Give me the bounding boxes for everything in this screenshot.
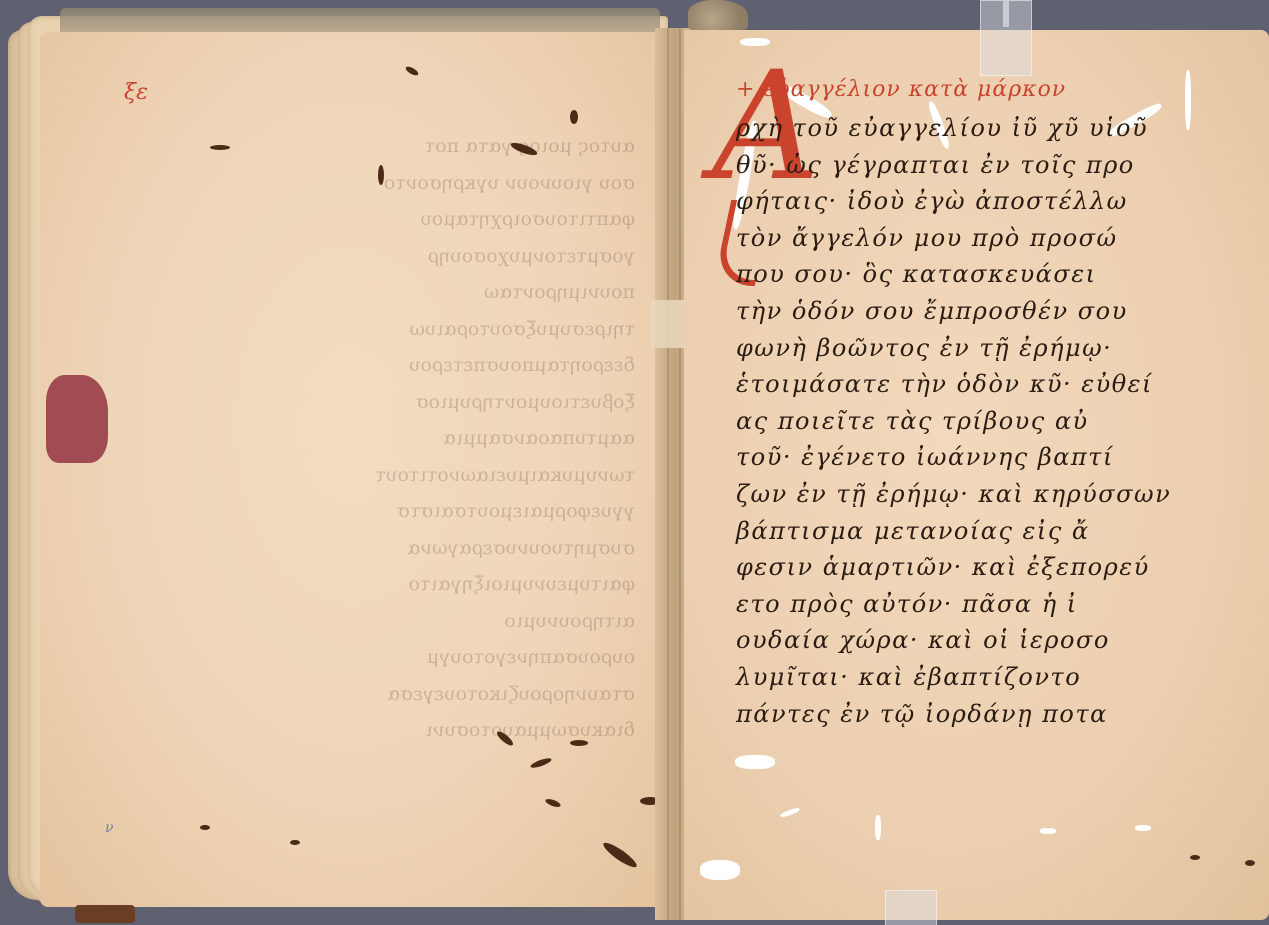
loss-hole bbox=[735, 755, 775, 769]
mounting-clip bbox=[980, 0, 1032, 76]
bleed-line: σταυνηορουζικοτουεγεσα bbox=[165, 676, 635, 713]
wormhole bbox=[290, 840, 300, 845]
text-line: ας ποιεῖτε τὰς τρίβους αὐ bbox=[736, 403, 1196, 440]
bleed-through-text: αυτος μοιος γατα ποτ σου γιουνουν υγκρησ… bbox=[165, 128, 635, 749]
text-line: τὸν ἄγγελόν μου πρὸ προσώ bbox=[736, 220, 1196, 257]
loss-hole bbox=[1040, 828, 1056, 834]
pencil-note: ν bbox=[105, 820, 114, 836]
text-line: βάπτισμα μετανοίας εἰς ἄ bbox=[736, 513, 1196, 550]
text-line: ουδαία χώρα· καὶ οἱ ἱεροσο bbox=[736, 622, 1196, 659]
bleed-line: σου γιουνουν υγκρησοντο bbox=[165, 165, 635, 202]
red-repair-patch bbox=[46, 375, 108, 463]
wormhole bbox=[200, 825, 210, 830]
bleed-line: πουνιμηρονταω bbox=[165, 274, 635, 311]
wormhole bbox=[1245, 860, 1255, 866]
text-line: τὴν ὁδόν σου ἔμπροσθέν σου bbox=[736, 293, 1196, 330]
open-manuscript: ξε ν αυτος μοιος γατα ποτ σου γιουνουν υ… bbox=[0, 0, 1269, 925]
text-line: φεσιν ἁμαρτιῶν· καὶ ἐξεπορεύ bbox=[736, 549, 1196, 586]
text-line: τοῦ· ἐγένετο ἰωάννης βαπτί bbox=[736, 439, 1196, 476]
wormhole bbox=[570, 740, 588, 746]
bleed-line: τωνυμυκαιμυειαωνοτιτουτ bbox=[165, 457, 635, 494]
rubric-heading: + εὐαγγέλιον κατὰ μάρκον bbox=[736, 70, 1196, 110]
bleed-line: αυτος μοιος γατα ποτ bbox=[165, 128, 635, 165]
text-line: θῦ· ὡς γέγραπται ἐν τοῖς προ bbox=[736, 147, 1196, 184]
text-line: φωνὴ βοῶντος ἐν τῇ ἐρήμῳ· bbox=[736, 330, 1196, 367]
bleed-line: φαιτυμευνυμιοιξηγαιτο bbox=[165, 566, 635, 603]
text-line: ετο πρὸς αὐτόν· πᾶσα ἡ ἰ bbox=[736, 586, 1196, 623]
bleed-line: φαπτιτουσοιρχηταμου bbox=[165, 201, 635, 238]
text-line: ἑτοιμάσατε τὴν ὁδὸν κῦ· εὐθεί bbox=[736, 366, 1196, 403]
bleed-line: αιτηρουνυμιο bbox=[165, 603, 635, 640]
bleed-line: τηιρεσυμυξσουτοραιυω bbox=[165, 311, 635, 348]
text-line: ζων ἐν τῇ ἐρήμῳ· καὶ κηρύσσων bbox=[736, 476, 1196, 513]
text-line: λυμῖται· καὶ ἐβαπτίζοντο bbox=[736, 659, 1196, 696]
wormhole bbox=[1190, 855, 1200, 860]
main-text-column: + εὐαγγέλιον κατὰ μάρκον ρχὴ τοῦ εὐαγγελ… bbox=[736, 70, 1196, 732]
binding-thread bbox=[688, 0, 748, 32]
wormhole bbox=[378, 165, 384, 185]
text-line: φήταις· ἰδοὺ ἐγὼ ἀποστέλλω bbox=[736, 183, 1196, 220]
bleed-line: ααμτυπαοανσαμμια bbox=[165, 420, 635, 457]
loss-hole bbox=[1135, 825, 1151, 831]
bleed-line: δεεροηταμπουσπετερου bbox=[165, 347, 635, 384]
wormhole bbox=[570, 110, 578, 124]
bleed-line: ξοβυετιουμοντηρυμιοσ bbox=[165, 384, 635, 421]
damaged-corner bbox=[75, 905, 135, 923]
text-line: που σου· ὃς κατασκευάσει bbox=[736, 256, 1196, 293]
bleed-line: διακυσωμμαυοτοσυνι bbox=[165, 712, 635, 749]
text-line: ρχὴ τοῦ εὐαγγελίου ἰῦ χῦ υἱοῦ bbox=[736, 110, 1196, 147]
bleed-line: συσμητυουνυσεραγωνα bbox=[165, 530, 635, 567]
text-line: πάντες ἐν τῷ ἰορδάνῃ ποτα bbox=[736, 696, 1196, 733]
folio-number: ξε bbox=[124, 80, 148, 105]
bleed-line: γγυεφορμαιεμουτσαιστσ bbox=[165, 493, 635, 530]
mounting-clip bbox=[885, 890, 937, 925]
bleed-line: ουρουσαπηνεγοτουγμ bbox=[165, 639, 635, 676]
wormhole bbox=[210, 145, 230, 150]
loss-hole bbox=[700, 860, 740, 880]
bleed-line: γοσμτετονμυχοσουηρ bbox=[165, 238, 635, 275]
loss-hole bbox=[875, 815, 881, 840]
